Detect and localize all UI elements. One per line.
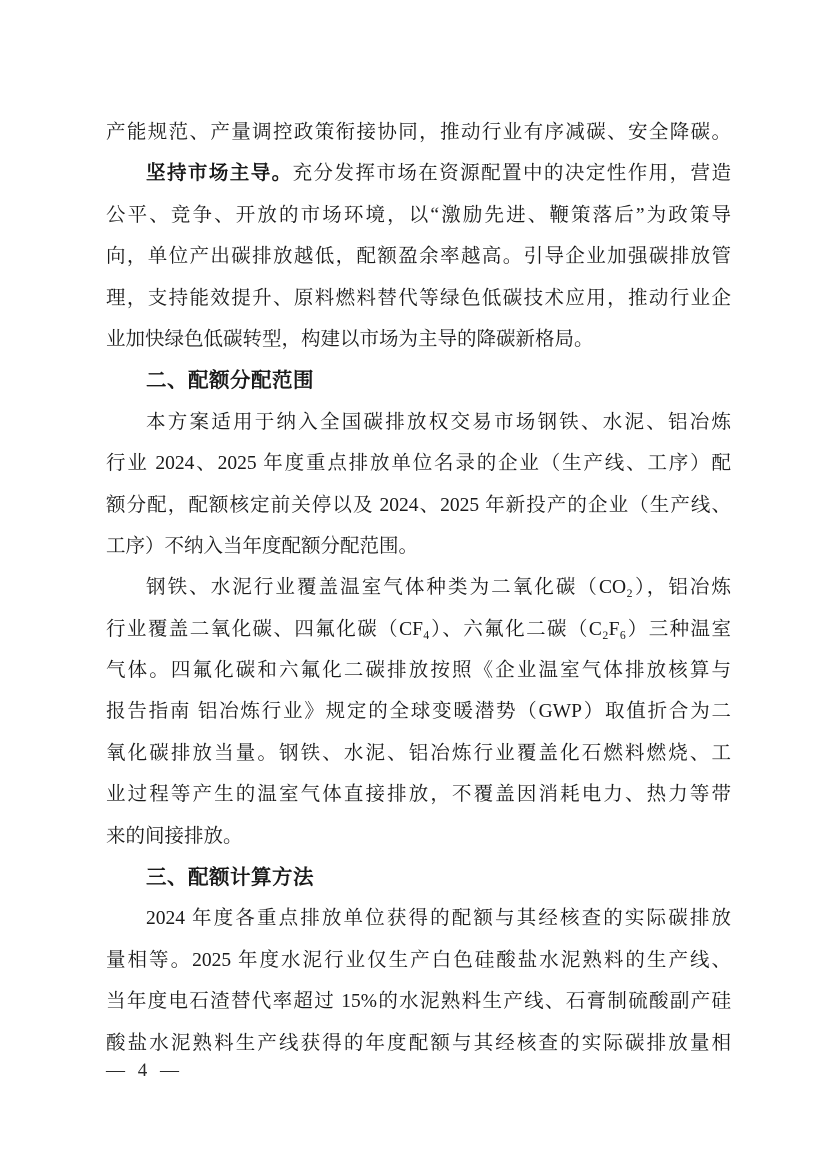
- text-line: 行业 2024、2025 年度重点排放单位名录的企业（生产线、工序）配: [106, 443, 731, 484]
- text-line: 坚持市场主导。充分发挥市场在资源配置中的决定性作用，营造: [106, 153, 731, 194]
- section-heading: 二、配额分配范围: [106, 360, 731, 401]
- text-line: 额分配，配额核定前关停以及 2024、2025 年新投产的企业（生产线、: [106, 485, 731, 526]
- text-line: 报告指南 铝冶炼行业》规定的全球变暖潜势（GWP）取值折合为二: [106, 691, 731, 732]
- text-line: 量相等。2025 年度水泥行业仅生产白色硅酸盐水泥熟料的生产线、: [106, 940, 731, 981]
- text-line: 公平、竞争、开放的市场环境，以“激励先进、鞭策落后”为政策导: [106, 195, 731, 236]
- text-line: 2024 年度各重点排放单位获得的配额与其经核查的实际碳排放: [106, 898, 731, 939]
- text-line: 业加快绿色低碳转型，构建以市场为主导的降碳新格局。: [106, 319, 731, 360]
- text-line: 来的间接排放。: [106, 816, 731, 857]
- text-run: 充分发挥市场在资源配置中的决定性作用，营造: [293, 163, 731, 184]
- paragraph-lead-bold: 坚持市场主导。: [146, 162, 293, 184]
- text-line: 产能规范、产量调控政策衔接协同，推动行业有序减碳、安全降碳。: [106, 112, 731, 153]
- text-line: 行业覆盖二氧化碳、四氟化碳（CF₄）、六氟化二碳（C₂F₆）三种温室: [106, 609, 731, 650]
- text-line: 酸盐水泥熟料生产线获得的年度配额与其经核查的实际碳排放量相: [106, 1023, 731, 1064]
- text-line: 本方案适用于纳入全国碳排放权交易市场钢铁、水泥、铝冶炼: [106, 402, 731, 443]
- document-page: 产能规范、产量调控政策衔接协同，推动行业有序减碳、安全降碳。 坚持市场主导。充分…: [0, 0, 826, 1169]
- text-line: 气体。四氟化碳和六氟化二碳排放按照《企业温室气体排放核算与: [106, 650, 731, 691]
- section-heading: 三、配额计算方法: [106, 857, 731, 898]
- text-line: 工序）不纳入当年度配额分配范围。: [106, 526, 731, 567]
- page-footer: — 4 —: [106, 1059, 181, 1083]
- text-line: 理，支持能效提升、原料燃料替代等绿色低碳技术应用，推动行业企: [106, 278, 731, 319]
- text-line: 钢铁、水泥行业覆盖温室气体种类为二氧化碳（CO₂），铝冶炼: [106, 567, 731, 608]
- text-line: 当年度电石渣替代率超过 15%的水泥熟料生产线、石膏制硫酸副产硅: [106, 981, 731, 1022]
- page-body-text: 产能规范、产量调控政策衔接协同，推动行业有序减碳、安全降碳。 坚持市场主导。充分…: [106, 112, 731, 1064]
- text-line: 氧化碳排放当量。钢铁、水泥、铝冶炼行业覆盖化石燃料燃烧、工: [106, 733, 731, 774]
- text-line: 向，单位产出碳排放越低，配额盈余率越高。引导企业加强碳排放管: [106, 236, 731, 277]
- text-line: 业过程等产生的温室气体直接排放，不覆盖因消耗电力、热力等带: [106, 774, 731, 815]
